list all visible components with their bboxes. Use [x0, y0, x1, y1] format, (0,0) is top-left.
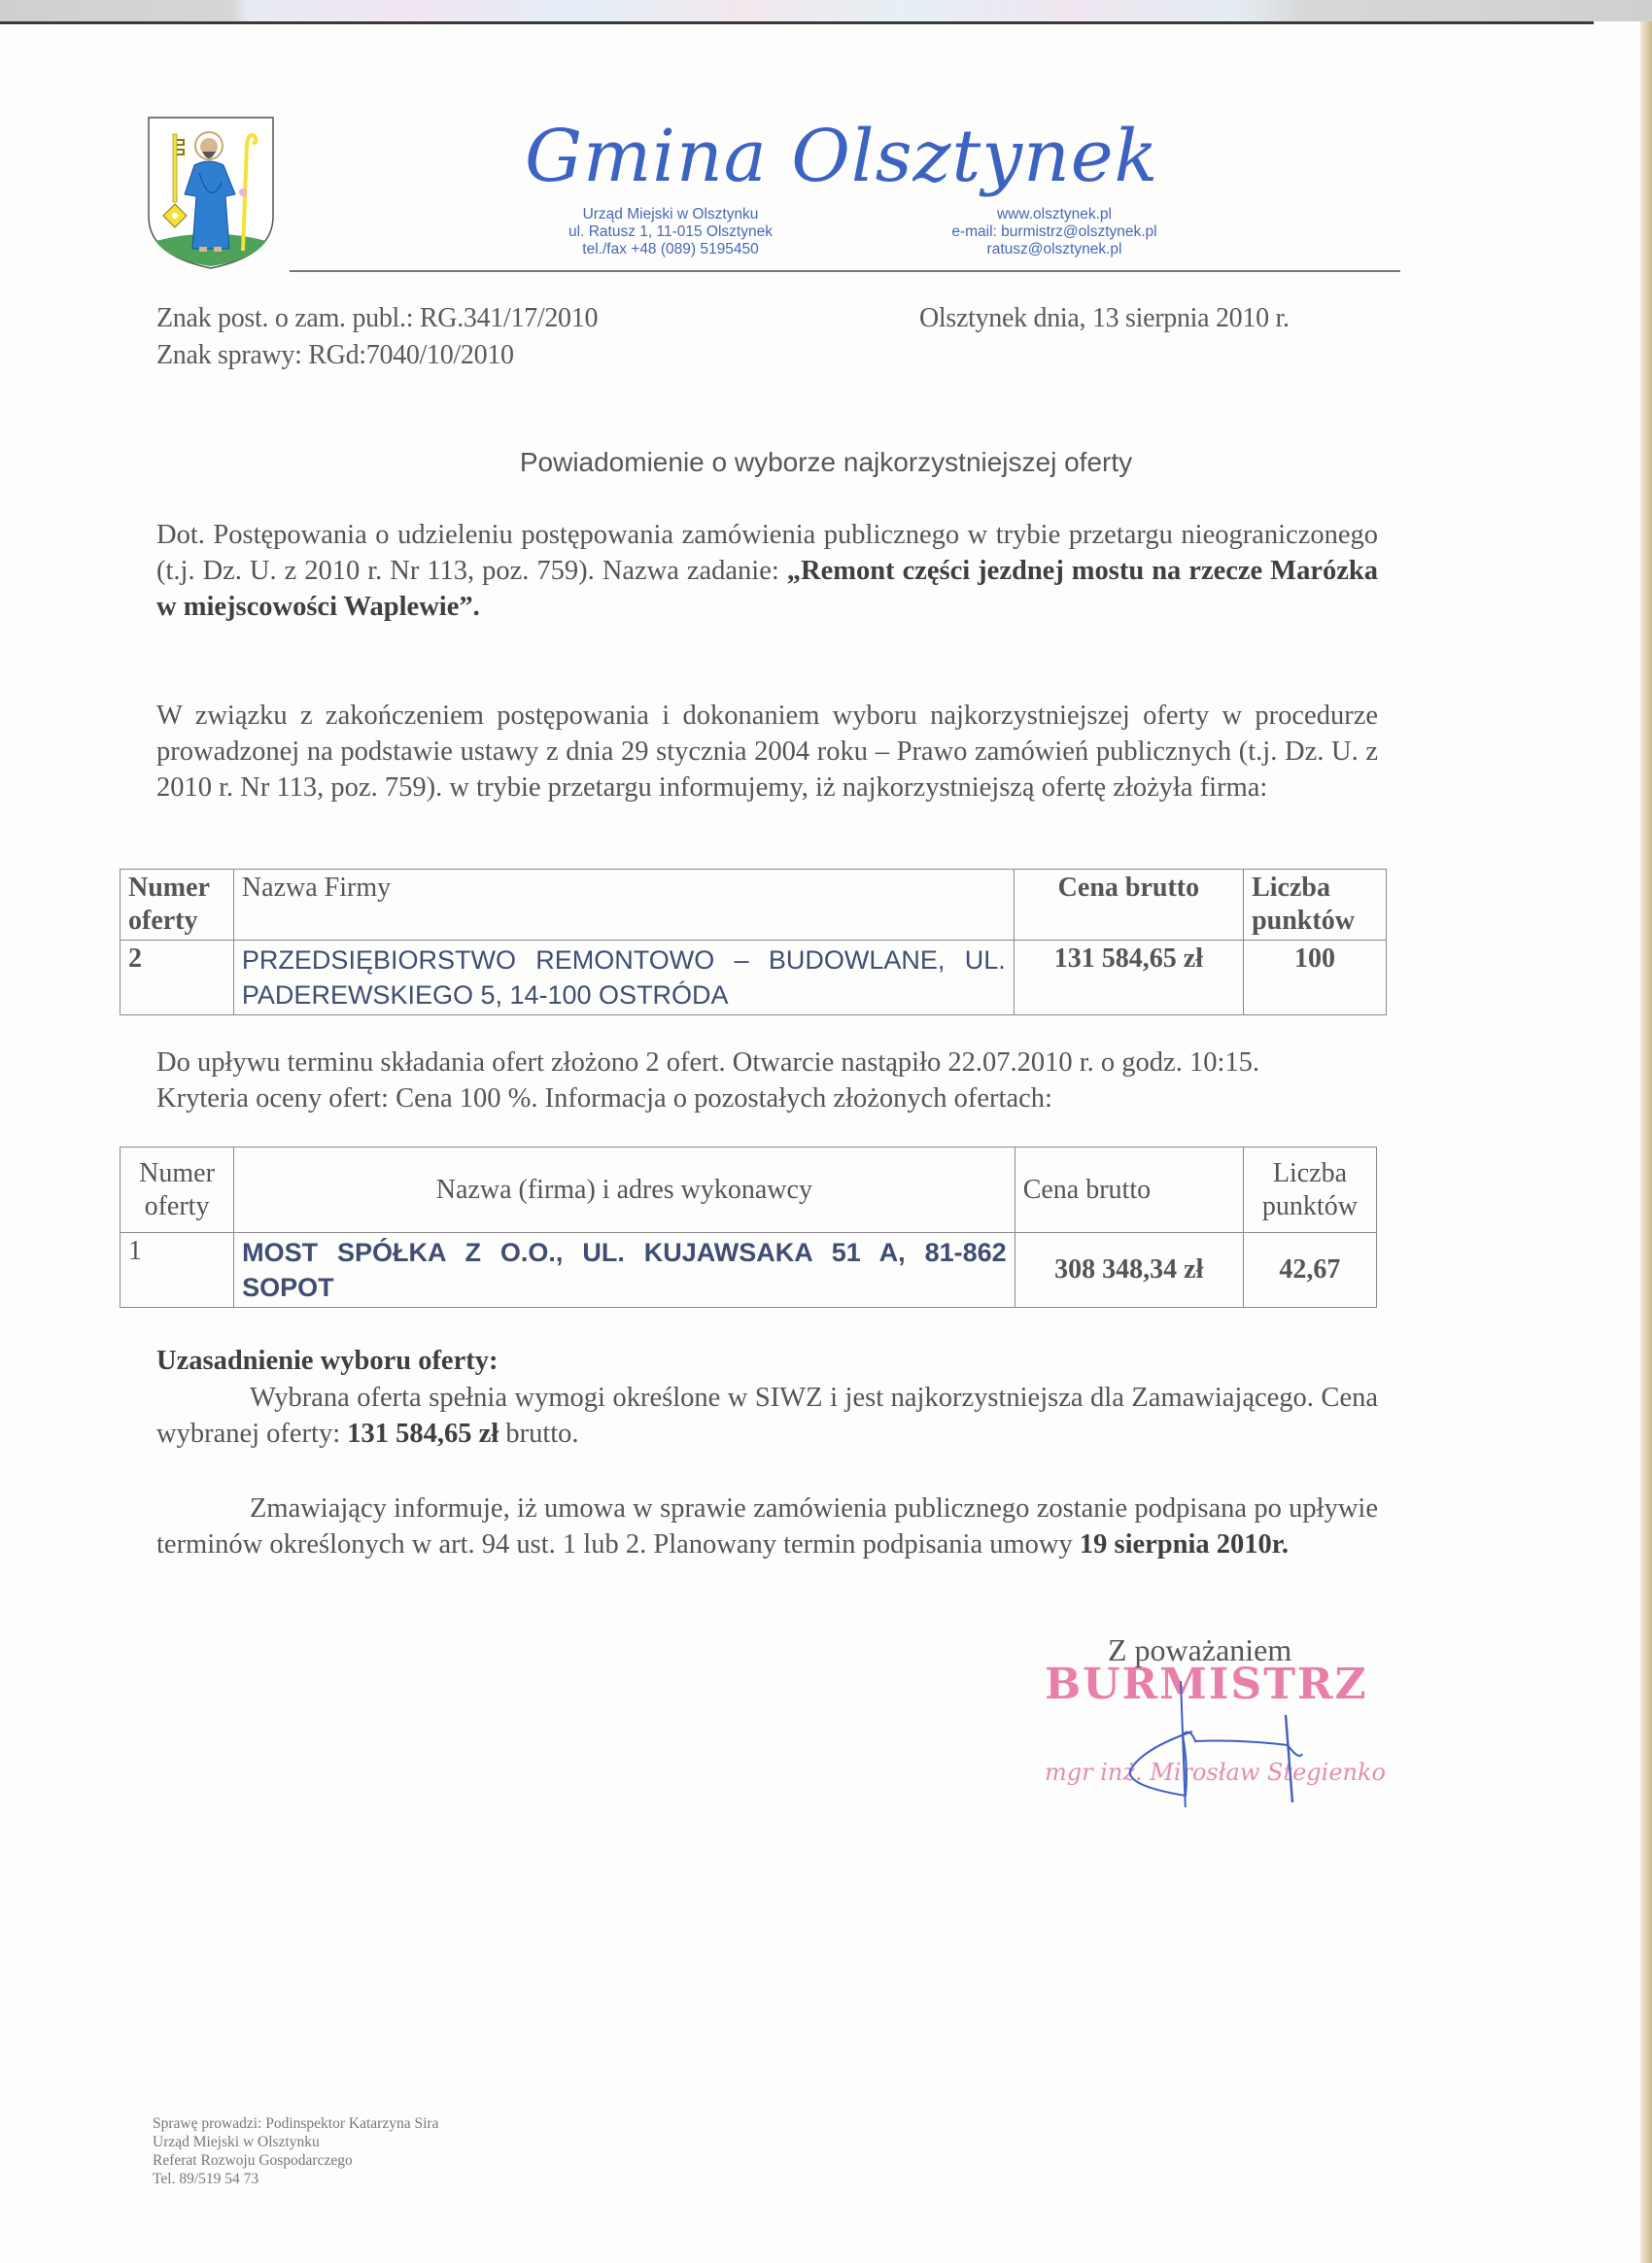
header-price: Cena brutto [1015, 1148, 1243, 1233]
contract-date: 19 sierpnia 2010r. [1080, 1529, 1289, 1560]
offer-points: 42,67 [1243, 1233, 1376, 1308]
header-firm: Nazwa (firma) i adres wykonawcy [234, 1148, 1015, 1233]
office-contact: www.olsztynek.pl e-mail: burmistrz@olszt… [865, 206, 1244, 258]
header-points: Liczba punktów [1243, 1148, 1376, 1233]
website-link[interactable]: www.olsztynek.pl [865, 206, 1244, 223]
firm-name: MOST SPÓŁKA Z O.O., UL. KUJAWSAKA 51 A, … [234, 1233, 1015, 1308]
publication-ref: Znak post. o zam. publ.: RG.341/17/2010 [156, 303, 598, 334]
handler-department: Referat Rozwoju Gospodarczego [153, 2151, 438, 2170]
header-price: Cena brutto [1014, 870, 1243, 941]
letterhead-divider [290, 270, 1400, 272]
table-header-row: Numer oferty Nazwa (firma) i adres wykon… [120, 1148, 1377, 1233]
email-ratusz-link[interactable]: ratusz@olsztynek.pl [865, 241, 1244, 258]
handler-office: Urząd Miejski w Olsztynku [153, 2133, 438, 2151]
scanner-edge-line [0, 21, 1594, 24]
handler-phone: Tel. 89/519 54 73 [153, 2170, 438, 2188]
submission-line-1: Do upływu terminu składania ofert złożon… [156, 1045, 1378, 1080]
table-header-row: Numer oferty Nazwa Firmy Cena brutto Lic… [120, 870, 1387, 941]
offer-number: 2 [120, 941, 234, 1015]
submission-line-2: Kryteria oceny ofert: Cena 100 %. Inform… [156, 1080, 1378, 1116]
municipality-title: Gmina Olsztynek [525, 115, 1158, 198]
contract-paragraph: Zmawiający informuje, iż umowa w sprawie… [156, 1491, 1378, 1562]
offer-points: 100 [1244, 941, 1387, 1015]
scanner-right-edge [1640, 21, 1652, 2263]
firm-name: PRZEDSIĘBIORSTWO REMONTOWO – BUDOWLANE, … [233, 941, 1014, 1015]
office-phone: tel./fax +48 (089) 5195450 [525, 241, 816, 258]
header-firm: Nazwa Firmy [233, 870, 1014, 941]
place-date: Olsztynek dnia, 13 sierpnia 2010 r. [919, 303, 1290, 334]
justification-paragraph: Wybrana oferta spełnia wymogi określone … [156, 1380, 1378, 1452]
selected-price: 131 584,65 zł [347, 1419, 499, 1449]
case-handler-footer: Sprawę prowadzi: Podinspektor Katarzyna … [153, 2114, 438, 2188]
header-points: Liczba punktów [1244, 870, 1387, 941]
coat-of-arms-st-peter-icon [146, 115, 276, 270]
signature-block: Z poważaniem BURMISTRZ mgr inż. Mirosław… [1045, 1632, 1453, 1807]
justification-text: Wybrana oferta spełnia wymogi określone … [156, 1383, 1378, 1449]
justification-title: Uzasadnienie wyboru oferty: [156, 1346, 498, 1376]
offer-price: 131 584,65 zł [1014, 941, 1243, 1015]
justification-suffix: brutto. [499, 1419, 578, 1449]
justification-heading: Uzasadnienie wyboru oferty: [156, 1343, 1378, 1379]
case-ref: Znak sprawy: RGd:7040/10/2010 [156, 340, 514, 371]
notice-paragraph: W związku z zakończeniem postępowania i … [156, 698, 1378, 806]
scanner-top-edge [0, 0, 1652, 21]
handler-name: Sprawę prowadzi: Podinspektor Katarzyna … [153, 2114, 438, 2133]
office-name: Urząd Miejski w Olsztynku [525, 206, 816, 223]
offer-price: 308 348,34 zł [1015, 1233, 1243, 1308]
header-number: Numer oferty [120, 1148, 234, 1233]
table-row: 2 PRZEDSIĘBIORSTWO REMONTOWO – BUDOWLANE… [120, 941, 1387, 1015]
intro-paragraph: Dot. Postępowania o udzieleniu postępowa… [156, 517, 1378, 625]
office-street: ul. Ratusz 1, 11-015 Olsztynek [525, 223, 816, 241]
handwritten-signature-icon [1045, 1632, 1453, 1807]
email-burmistrz-link[interactable]: e-mail: burmistrz@olsztynek.pl [865, 223, 1244, 241]
table-row: 1 MOST SPÓŁKA Z O.O., UL. KUJAWSAKA 51 A… [120, 1233, 1377, 1308]
offer-number: 1 [120, 1233, 234, 1308]
winner-offer-table: Numer oferty Nazwa Firmy Cena brutto Lic… [120, 869, 1387, 1015]
header-number: Numer oferty [120, 870, 234, 941]
submission-info: Do upływu terminu składania ofert złożon… [156, 1045, 1378, 1116]
other-offers-table: Numer oferty Nazwa (firma) i adres wykon… [120, 1147, 1377, 1308]
document-title: Powiadomienie o wyborze najkorzystniejsz… [0, 447, 1652, 478]
office-address: Urząd Miejski w Olsztynku ul. Ratusz 1, … [525, 206, 816, 258]
